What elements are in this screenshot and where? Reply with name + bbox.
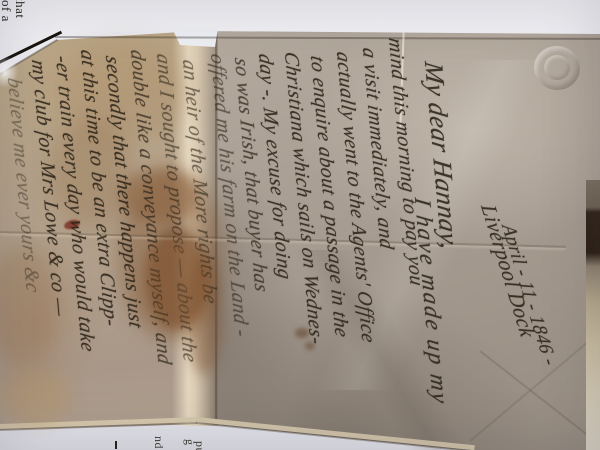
printed-text-fragment: nd <box>151 436 166 449</box>
handwritten-letter-text: Liverpool Dock April - 11 - 1846 - My de… <box>0 0 600 450</box>
printed-text-fragment: that <box>12 0 28 19</box>
printed-text-fragment: pu <box>192 441 207 450</box>
printed-text-fragment: of a <box>0 0 14 22</box>
letter-photo: that of a nd g pu Liverpool Dock April -… <box>0 0 600 450</box>
printed-page-mark <box>115 441 117 449</box>
stain-over-ink <box>140 235 210 330</box>
